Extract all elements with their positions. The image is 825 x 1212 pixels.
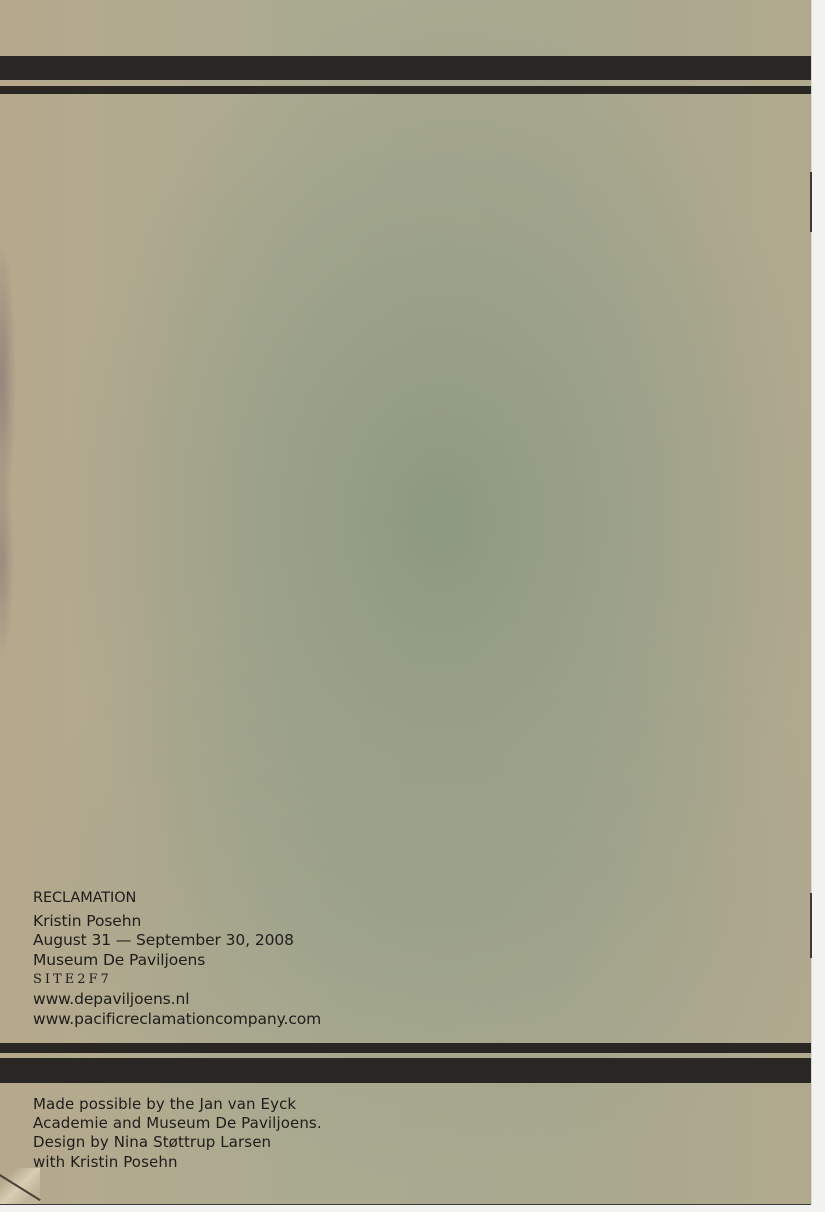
- credits: Made possible by the Jan van Eyck Academ…: [33, 1095, 322, 1172]
- credits-line: with Kristin Posehn: [33, 1153, 322, 1172]
- corner-crease: [0, 1168, 40, 1204]
- venue-name: Museum De Paviljoens: [33, 951, 321, 971]
- venue-url: www.depaviljoens.nl: [33, 990, 321, 1010]
- credits-line: Academie and Museum De Paviljoens.: [33, 1114, 322, 1133]
- booklet-back-cover: RECLAMATION Kristin Posehn August 31 — S…: [0, 0, 811, 1204]
- site2f7-logo: SITE2F7: [33, 970, 321, 990]
- exhibition-title: RECLAMATION: [33, 889, 321, 909]
- exhibition-dates: August 31 — September 30, 2008: [33, 931, 321, 951]
- bottom-thin-rule: [0, 1043, 811, 1053]
- bottom-thick-rule: [0, 1058, 811, 1083]
- exhibition-info: RECLAMATION Kristin Posehn August 31 — S…: [33, 889, 321, 1029]
- top-thin-rule: [0, 86, 811, 94]
- staple-mark: [810, 172, 812, 232]
- staple-mark: [810, 893, 812, 958]
- credits-line: Design by Nina Støttrup Larsen: [33, 1133, 322, 1152]
- credits-line: Made possible by the Jan van Eyck: [33, 1095, 322, 1114]
- artist-name: Kristin Posehn: [33, 912, 321, 932]
- top-thick-rule: [0, 56, 811, 80]
- project-url: www.pacificreclamationcompany.com: [33, 1010, 321, 1030]
